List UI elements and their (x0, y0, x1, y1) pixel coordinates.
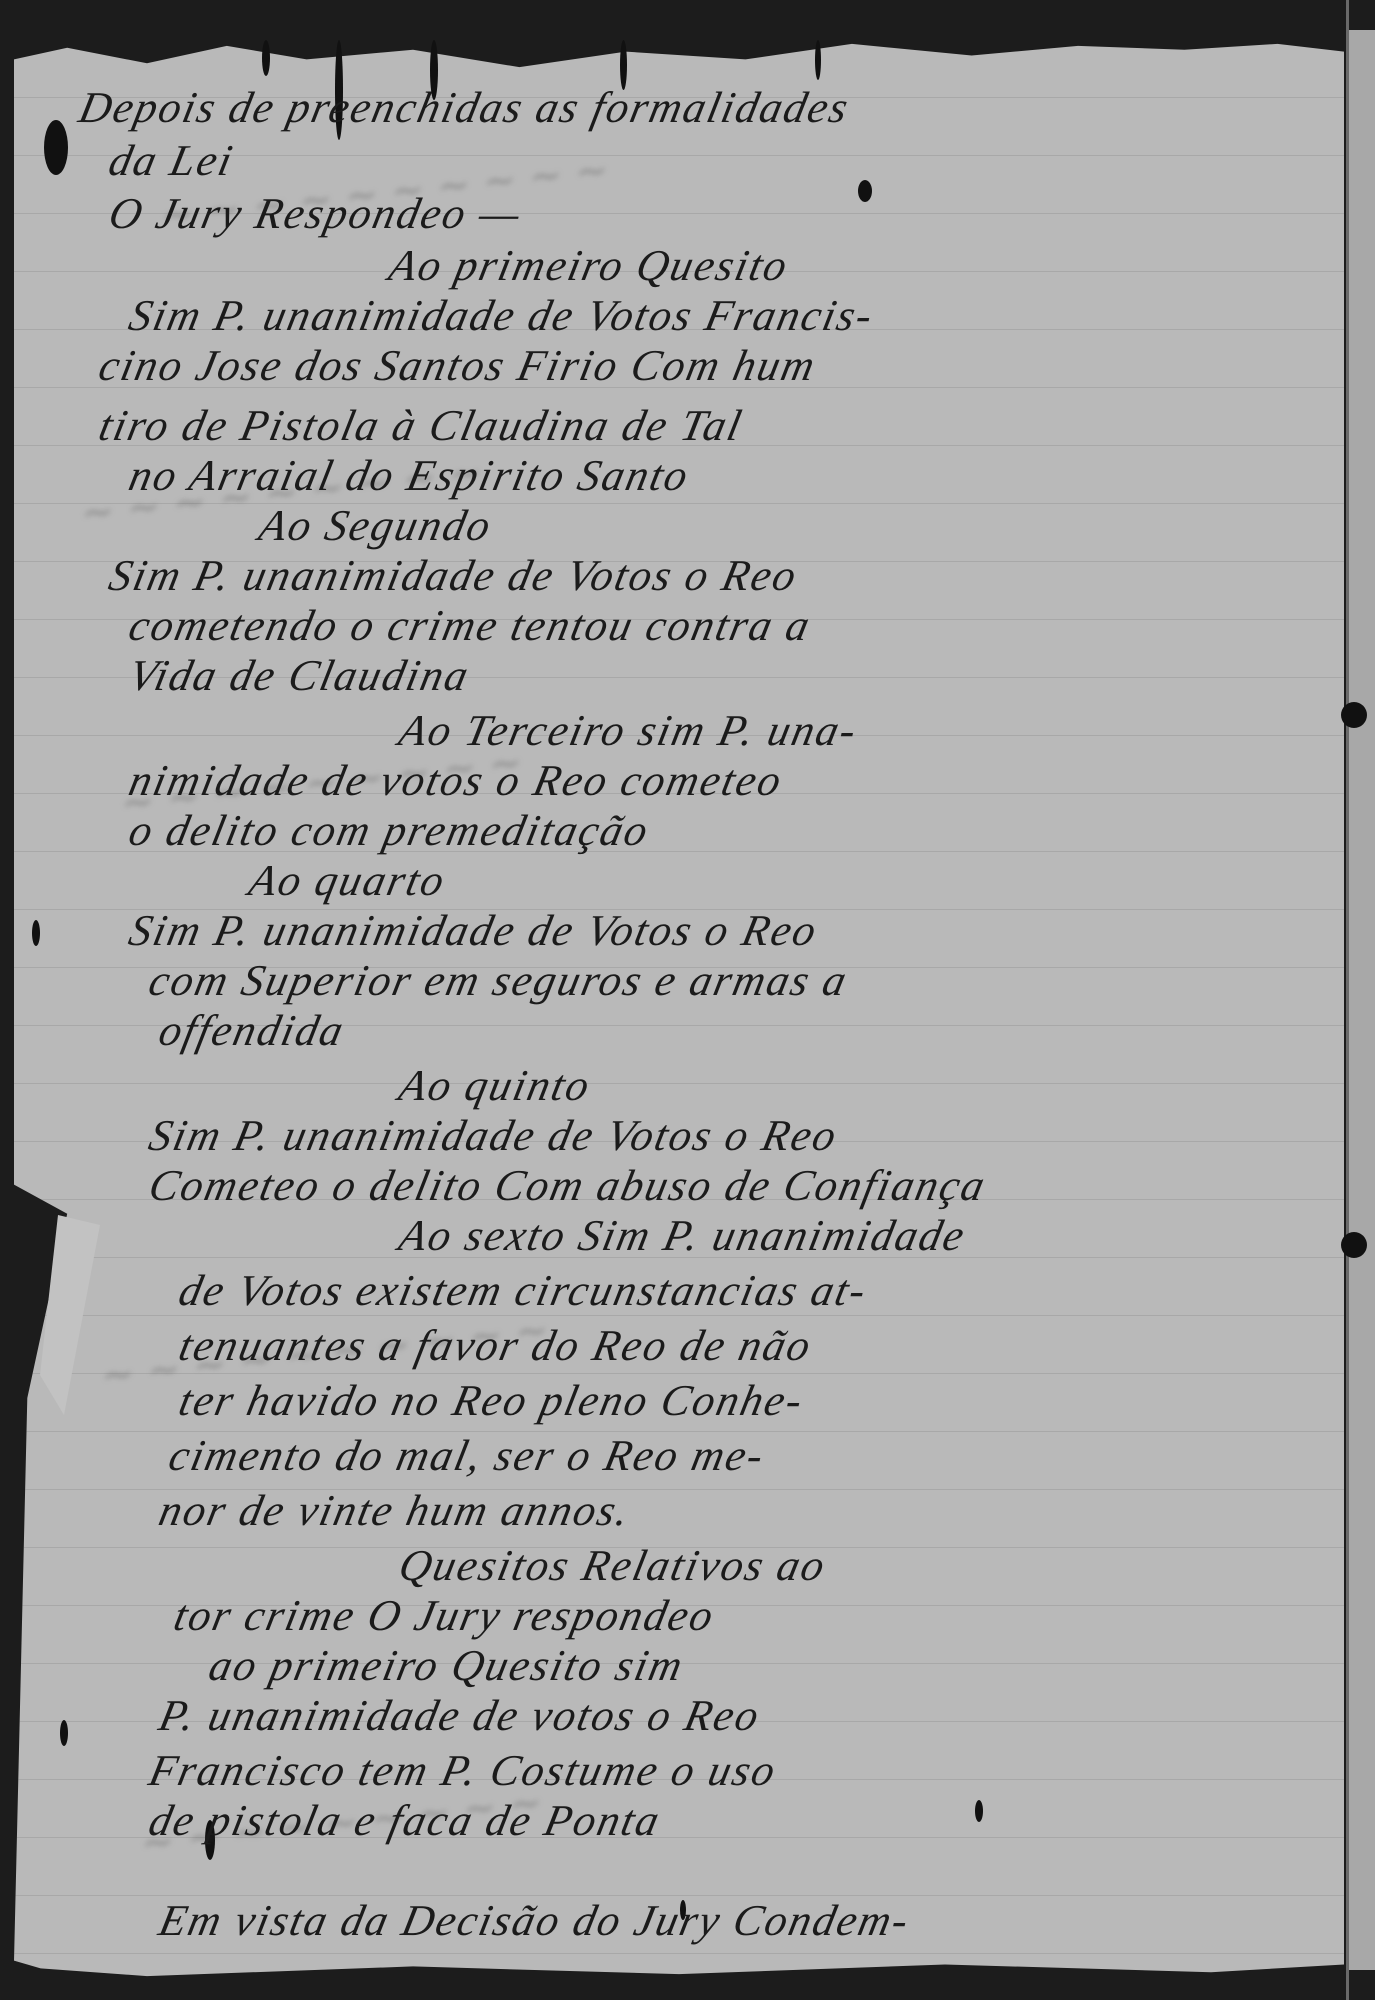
manuscript-line: Sim P. unanimidade de Votos o Reo (145, 1110, 843, 1161)
manuscript-line: tor crime O Jury respondeo (170, 1590, 720, 1641)
binding-hole-icon (1341, 702, 1367, 728)
manuscript-line: Depois de preenchidas as formalidades (75, 82, 855, 133)
manuscript-line: da Lei (105, 135, 239, 186)
adjacent-page-strip (1349, 30, 1375, 1970)
manuscript-line: offendida (155, 1005, 350, 1056)
ink-stain (32, 920, 40, 946)
manuscript-line: Vida de Claudina (125, 650, 475, 701)
manuscript-line: Sim P. unanimidade de Votos o Reo (125, 905, 823, 956)
binding-hole-icon (1341, 1232, 1367, 1258)
manuscript-line: cino Jose dos Santos Firio Com hum (95, 340, 822, 391)
manuscript-line: Ao Terceiro sim P. una- (395, 705, 863, 756)
manuscript-line: Sim P. unanimidade de Votos Francis- (125, 290, 879, 341)
manuscript-line: Ao primeiro Quesito (385, 240, 794, 291)
manuscript-line: Francisco tem P. Costume o uso (145, 1745, 782, 1796)
manuscript-line: nimidade de votos o Reo cometeo (125, 755, 788, 806)
manuscript-line: ter havido no Reo pleno Conhe- (175, 1375, 809, 1426)
manuscript-line: de Votos existem circunstancias at- (175, 1265, 873, 1316)
ink-stain (815, 40, 821, 80)
manuscript-line: Ao quarto (245, 855, 451, 906)
manuscript-line: P. unanimidade de votos o Reo (155, 1690, 766, 1741)
ink-stain (975, 1800, 983, 1822)
manuscript-line: com Superior em seguros e armas a (145, 955, 853, 1006)
manuscript-line: no Arraial do Espirito Santo (125, 450, 695, 501)
manuscript-line: Ao sexto Sim P. unanimidade (395, 1210, 971, 1261)
manuscript-line: Em vista da Decisão do Jury Condem- (155, 1895, 915, 1946)
manuscript-line: cometendo o crime tentou contra a (125, 600, 816, 651)
manuscript-line: Ao Segundo (255, 500, 497, 551)
manuscript-line: O Jury Respondeo — (105, 188, 527, 239)
manuscript-line: Ao quinto (395, 1060, 596, 1111)
manuscript-line: cimento do mal, ser o Reo me- (165, 1430, 770, 1481)
manuscript-line: Cometeo o delito Com abuso de Confiança (145, 1160, 992, 1211)
ink-stain (262, 40, 270, 76)
ink-stain (44, 120, 68, 175)
manuscript-line: nor de vinte hum annos. (155, 1485, 636, 1536)
manuscript-line: o delito com premeditação (125, 805, 655, 856)
ink-stain (60, 1720, 68, 1746)
manuscript-line: de pistola e faca de Ponta (145, 1795, 666, 1846)
manuscript-line: tiro de Pistola à Claudina de Tal (95, 400, 748, 451)
manuscript-line: Quesitos Relativos ao (395, 1540, 832, 1591)
manuscript-line: Sim P. unanimidade de Votos o Reo (105, 550, 803, 601)
ink-stain (858, 180, 872, 202)
manuscript-line: ao primeiro Quesito sim (205, 1640, 689, 1691)
manuscript-line: tenuantes a favor do Reo de não (175, 1320, 817, 1371)
